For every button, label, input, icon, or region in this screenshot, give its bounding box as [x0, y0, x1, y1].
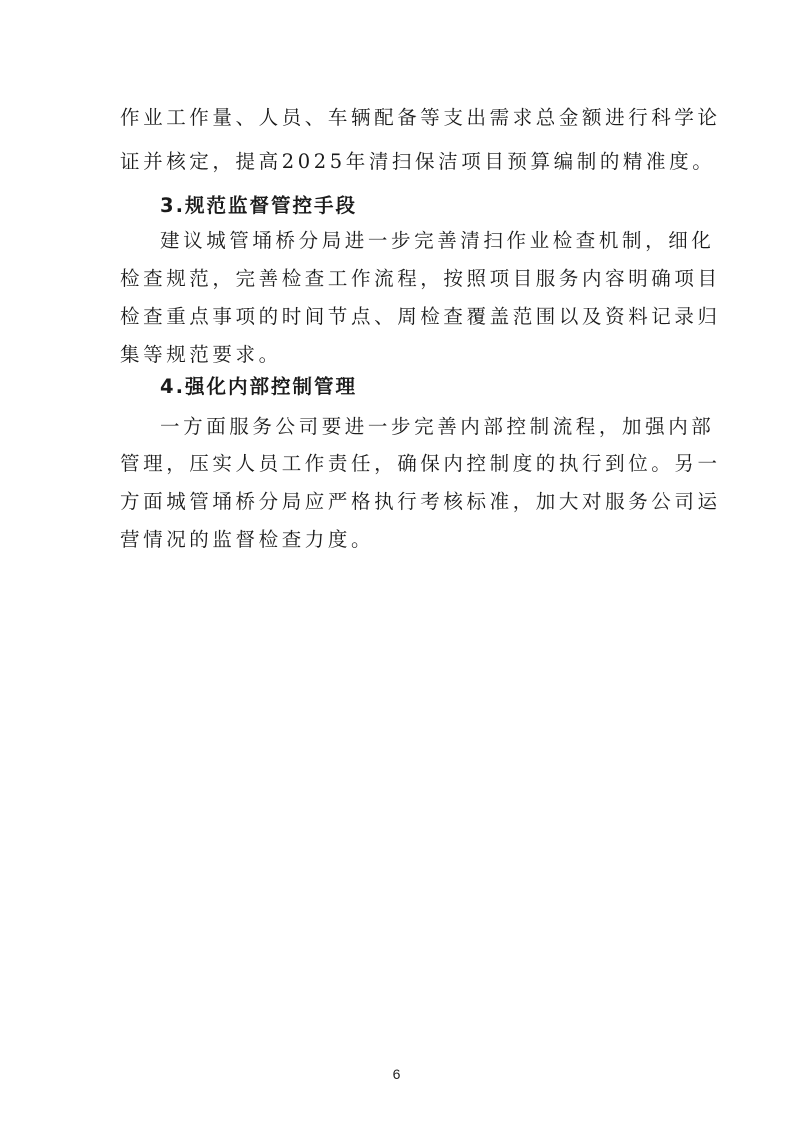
paragraph-line: 一方面服务公司要进一步完善内部控制流程，加强内部 [160, 414, 680, 440]
paragraph-line: 管理，压实人员工作责任，确保内控制度的执行到位。另一 [120, 451, 680, 477]
paragraph-line: 营情况的监督检查力度。 [120, 527, 680, 553]
section-heading-4: 4.强化内部控制管理 [160, 374, 357, 400]
paragraph-line: 建议城管埇桥分局进一步完善清扫作业检查机制，细化 [160, 228, 680, 254]
paragraph-line: 检查规范，完善检查工作流程，按照项目服务内容明确项目 [120, 266, 680, 292]
paragraph-line: 检查重点事项的时间节点、周检查覆盖范围以及资料记录归 [120, 304, 680, 330]
section-heading-3: 3.规范监督管控手段 [160, 193, 357, 219]
paragraph-line: 作业工作量、人员、车辆配备等支出需求总金额进行科学论 [120, 105, 680, 131]
paragraph-line: 集等规范要求。 [120, 342, 680, 368]
paragraph-line: 证并核定，提高2025年清扫保洁项目预算编制的精准度。 [120, 149, 680, 175]
paragraph-line: 方面城管埇桥分局应严格执行考核标准，加大对服务公司运 [120, 489, 680, 515]
document-page: 作业工作量、人员、车辆配备等支出需求总金额进行科学论 证并核定，提高2025年清… [0, 0, 793, 1122]
page-number: 6 [0, 1066, 793, 1082]
